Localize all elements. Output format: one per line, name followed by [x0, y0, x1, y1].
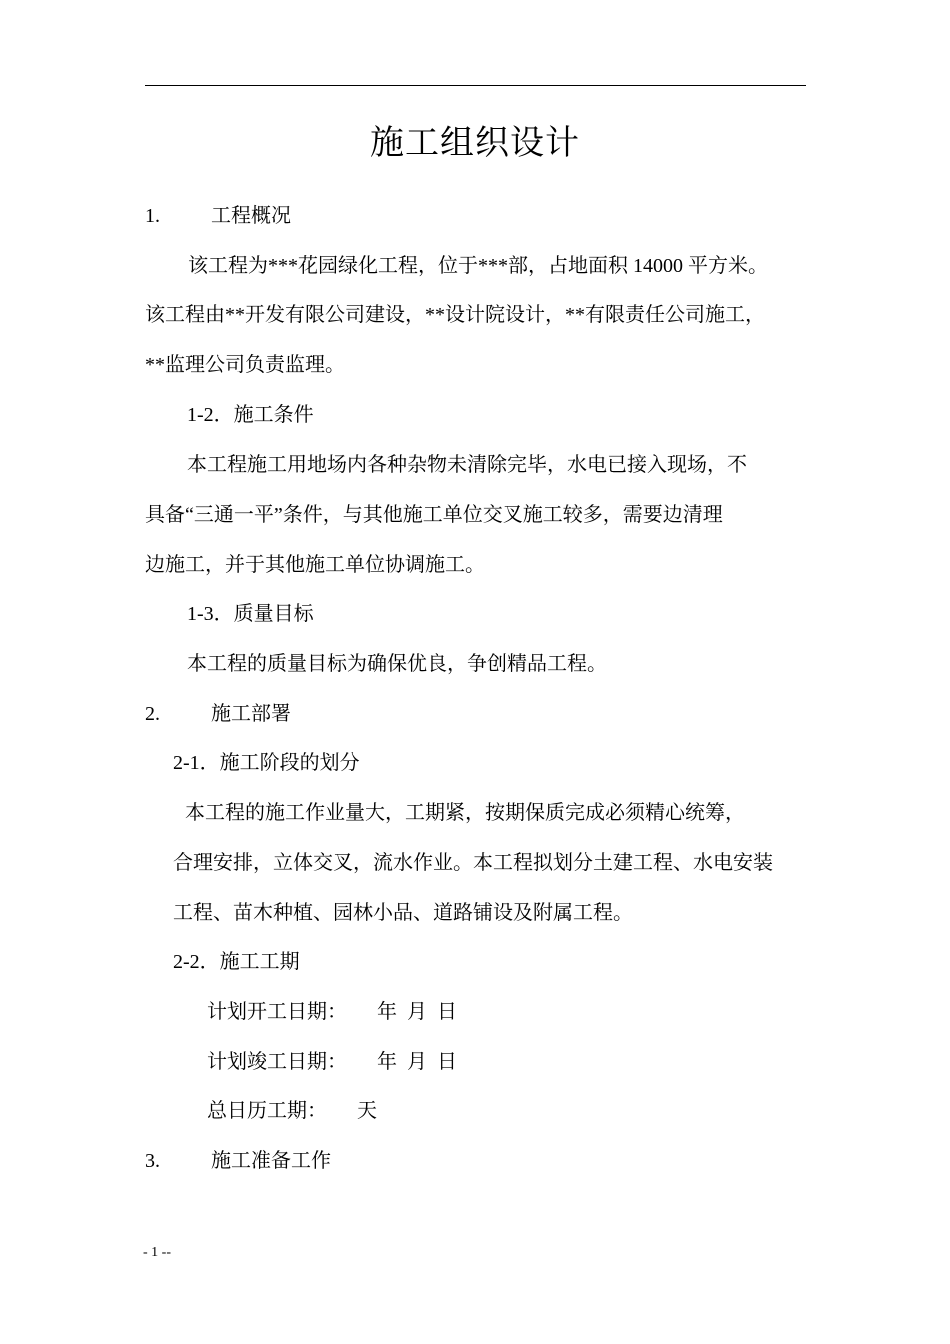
- section-1-heading: 1.工程概况: [145, 202, 291, 230]
- subsection-heading: 1-2．施工条件: [187, 401, 314, 429]
- paragraph-line: 合理安排，立体交叉，流水作业。本工程拟划分土建工程、水电安装: [173, 849, 773, 877]
- paragraph-line: 具备“三通一平”条件，与其他施工单位交叉施工较多，需要边清理: [145, 501, 723, 529]
- section-2-heading: 2.施工部署: [145, 700, 291, 728]
- subsection-heading: 2-1．施工阶段的划分: [173, 749, 360, 777]
- document-title: 施工组织设计: [0, 118, 950, 168]
- section-number: 1.: [145, 202, 211, 230]
- section-heading-text: 施工准备工作: [211, 1150, 331, 1172]
- paragraph-line: 本工程施工用地场内各种杂物未清除完毕，水电已接入现场，不: [187, 451, 747, 479]
- section-number: 2.: [145, 700, 211, 728]
- section-number: 3.: [145, 1147, 211, 1175]
- page-number: - 1 --: [143, 1244, 171, 1262]
- section-3-heading: 3.施工准备工作: [145, 1147, 331, 1175]
- header-rule: [145, 85, 806, 86]
- subsection-heading: 2-2．施工工期: [173, 948, 300, 976]
- paragraph-line: 该工程由**开发有限公司建设，**设计院设计，**有限责任公司施工，: [145, 301, 765, 329]
- paragraph-line: **监理公司负责监理。: [145, 351, 345, 379]
- section-heading-text: 施工部署: [211, 703, 291, 725]
- paragraph-line: 边施工，并于其他施工单位协调施工。: [145, 551, 485, 579]
- subsection-heading: 1-3．质量目标: [187, 600, 314, 628]
- schedule-total-days: 总日历工期： 天: [207, 1097, 377, 1125]
- paragraph-line: 工程、苗木种植、园林小品、道路铺设及附属工程。: [173, 899, 633, 927]
- paragraph-line: 该工程为***花园绿化工程，位于***部，占地面积 14000 平方米。: [168, 252, 768, 280]
- paragraph-line: 本工程的施工作业量大，工期紧，按期保质完成必须精心统筹，: [180, 799, 745, 827]
- paragraph-line: 本工程的质量目标为确保优良，争创精品工程。: [187, 650, 607, 678]
- schedule-end-date: 计划竣工日期： 年 月 日: [207, 1048, 457, 1076]
- schedule-start-date: 计划开工日期： 年 月 日: [207, 998, 457, 1026]
- section-heading-text: 工程概况: [211, 205, 291, 227]
